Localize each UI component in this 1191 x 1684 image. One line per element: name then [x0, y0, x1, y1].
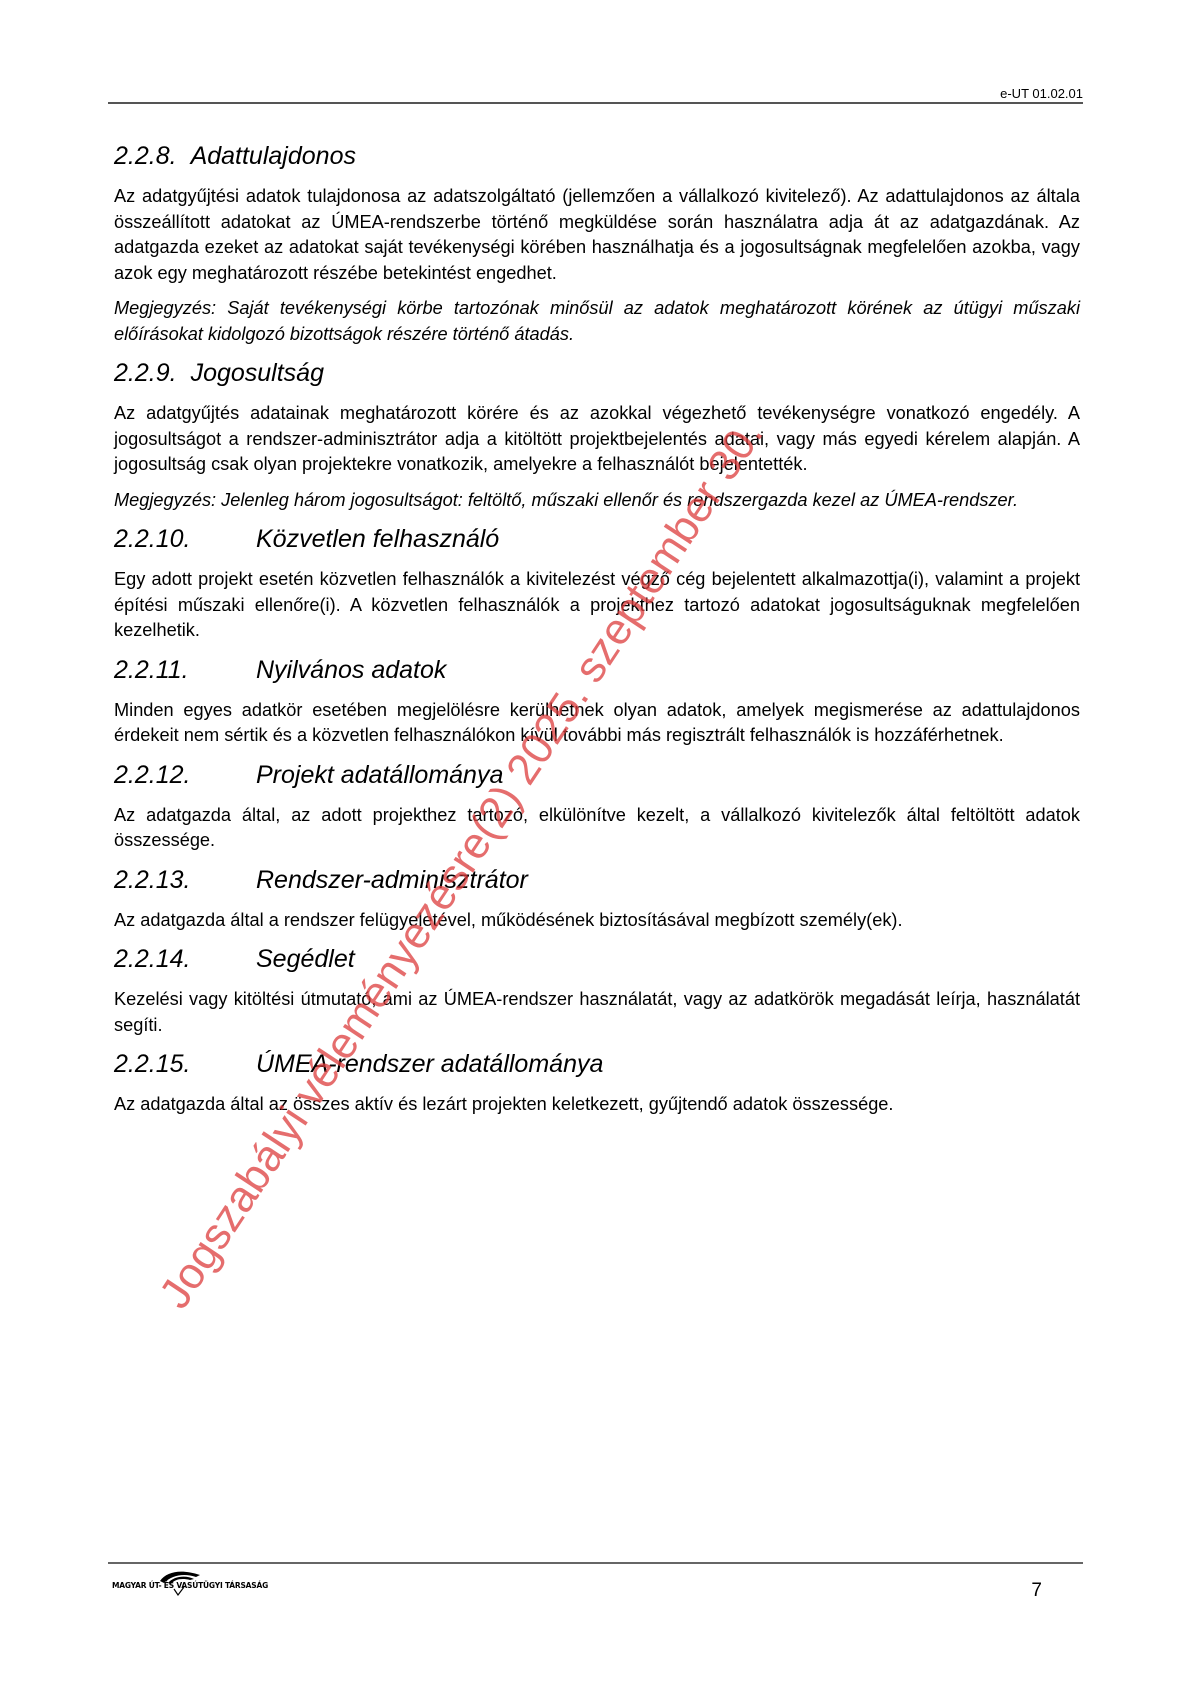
section-title: Nyilvános adatok — [256, 656, 446, 684]
page-number: 7 — [1031, 1580, 1042, 1602]
section-kozvetlen-felhasznalo: 2.2.10.Közvetlen felhasználó Egy adott p… — [114, 523, 1080, 644]
body-paragraph: Az adatgazda által a rendszer felügyelet… — [114, 908, 1080, 934]
section-umea-adatallomanya: 2.2.15.ÚMEA-rendszer adatállománya Az ad… — [114, 1048, 1080, 1118]
section-heading: 2.2.14.Segédlet — [114, 943, 1080, 975]
section-number: 2.2.12. — [114, 759, 256, 791]
section-title: Közvetlen felhasználó — [256, 525, 499, 553]
body-paragraph: Az adatgyűjtés adatainak meghatározott k… — [114, 401, 1080, 478]
header-divider — [108, 102, 1083, 104]
section-title: Jogosultság — [191, 359, 324, 387]
organization-name: MAGYAR ÚT- ÉS VASÚTÜGYI TÁRSASÁG — [112, 1581, 268, 1590]
body-paragraph: Kezelési vagy kitöltési útmutató, ami az… — [114, 987, 1080, 1038]
section-adattulajdonos: 2.2.8.Adattulajdonos Az adatgyűjtési ada… — [114, 140, 1080, 347]
section-title: Adattulajdonos — [191, 142, 356, 170]
section-number: 2.2.8. — [114, 140, 177, 172]
section-nyilvanos-adatok: 2.2.11.Nyilvános adatok Minden egyes ada… — [114, 654, 1080, 749]
section-number: 2.2.10. — [114, 523, 256, 555]
section-title: Projekt adatállománya — [256, 761, 503, 789]
section-heading: 2.2.12.Projekt adatállománya — [114, 759, 1080, 791]
section-title: Segédlet — [256, 945, 355, 973]
section-rendszer-adminisztrator: 2.2.13.Rendszer-adminisztrátor Az adatga… — [114, 864, 1080, 934]
section-heading: 2.2.13.Rendszer-adminisztrátor — [114, 864, 1080, 896]
body-paragraph: Az adatgazda által, az adott projekthez … — [114, 803, 1080, 854]
footer-divider — [108, 1562, 1083, 1564]
section-number: 2.2.15. — [114, 1048, 256, 1080]
section-heading: 2.2.15.ÚMEA-rendszer adatállománya — [114, 1048, 1080, 1080]
body-paragraph: Az adatgazda által az összes aktív és le… — [114, 1092, 1080, 1118]
section-heading: 2.2.9.Jogosultság — [114, 357, 1080, 389]
document-code: e-UT 01.02.01 — [1000, 86, 1083, 101]
section-heading: 2.2.8.Adattulajdonos — [114, 140, 1080, 172]
section-jogosultsag: 2.2.9.Jogosultság Az adatgyűjtés adatain… — [114, 357, 1080, 513]
section-number: 2.2.13. — [114, 864, 256, 896]
section-number: 2.2.11. — [114, 654, 256, 686]
document-body: 2.2.8.Adattulajdonos Az adatgyűjtési ada… — [114, 140, 1080, 1128]
section-heading: 2.2.10.Közvetlen felhasználó — [114, 523, 1080, 555]
note-paragraph: Megjegyzés: Jelenleg három jogosultságot… — [114, 488, 1080, 514]
section-number: 2.2.14. — [114, 943, 256, 975]
section-heading: 2.2.11.Nyilvános adatok — [114, 654, 1080, 686]
section-projekt-adatallomanya: 2.2.12.Projekt adatállománya Az adatgazd… — [114, 759, 1080, 854]
body-paragraph: Az adatgyűjtési adatok tulajdonosa az ad… — [114, 184, 1080, 286]
body-paragraph: Egy adott projekt esetén közvetlen felha… — [114, 567, 1080, 644]
footer-logo: MAGYAR ÚT- ÉS VASÚTÜGYI TÁRSASÁG — [112, 1567, 262, 1597]
section-title: ÚMEA-rendszer adatállománya — [256, 1050, 603, 1078]
section-number: 2.2.9. — [114, 357, 177, 389]
body-paragraph: Minden egyes adatkör esetében megjelölés… — [114, 698, 1080, 749]
section-segedlet: 2.2.14.Segédlet Kezelési vagy kitöltési … — [114, 943, 1080, 1038]
section-title: Rendszer-adminisztrátor — [256, 866, 528, 894]
note-paragraph: Megjegyzés: Saját tevékenységi körbe tar… — [114, 296, 1080, 347]
